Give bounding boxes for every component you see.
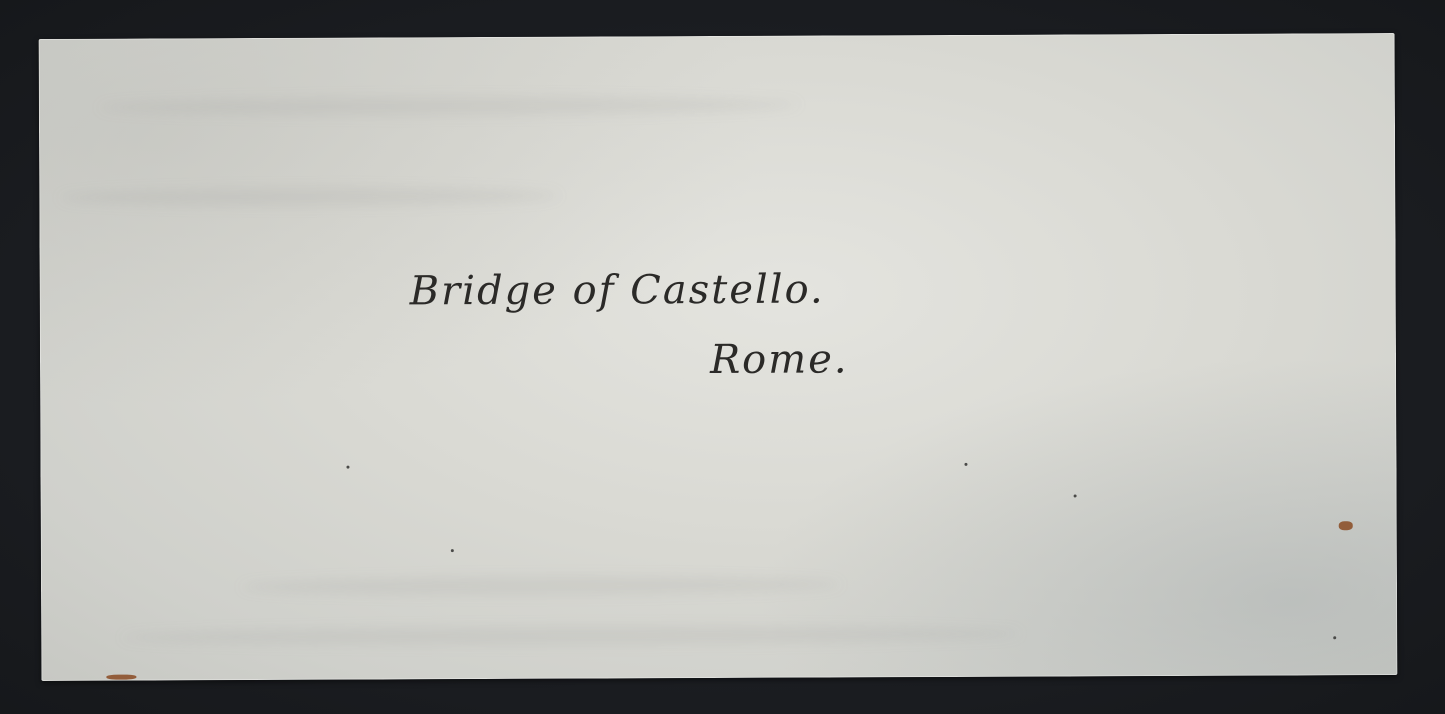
paper-streak	[59, 187, 559, 207]
paper-speck	[964, 463, 967, 466]
rust-stain	[1339, 521, 1353, 530]
paper-speck	[346, 466, 349, 469]
photo-scene: Bridge of Castello. Rome.	[0, 0, 1445, 714]
paper-streak	[121, 625, 1021, 647]
inscription-line-2: Rome.	[710, 335, 849, 384]
rust-stain	[106, 675, 136, 680]
paper-speck	[451, 549, 454, 552]
paper-speck	[1074, 494, 1077, 497]
paper-streak	[241, 575, 841, 596]
paper-speck	[1333, 636, 1336, 639]
paper-streak	[99, 96, 799, 117]
inscription: Bridge of Castello. Rome.	[410, 265, 849, 385]
inscription-line-1: Bridge of Castello.	[410, 265, 849, 315]
handwritten-card: Bridge of Castello. Rome.	[39, 33, 1398, 681]
